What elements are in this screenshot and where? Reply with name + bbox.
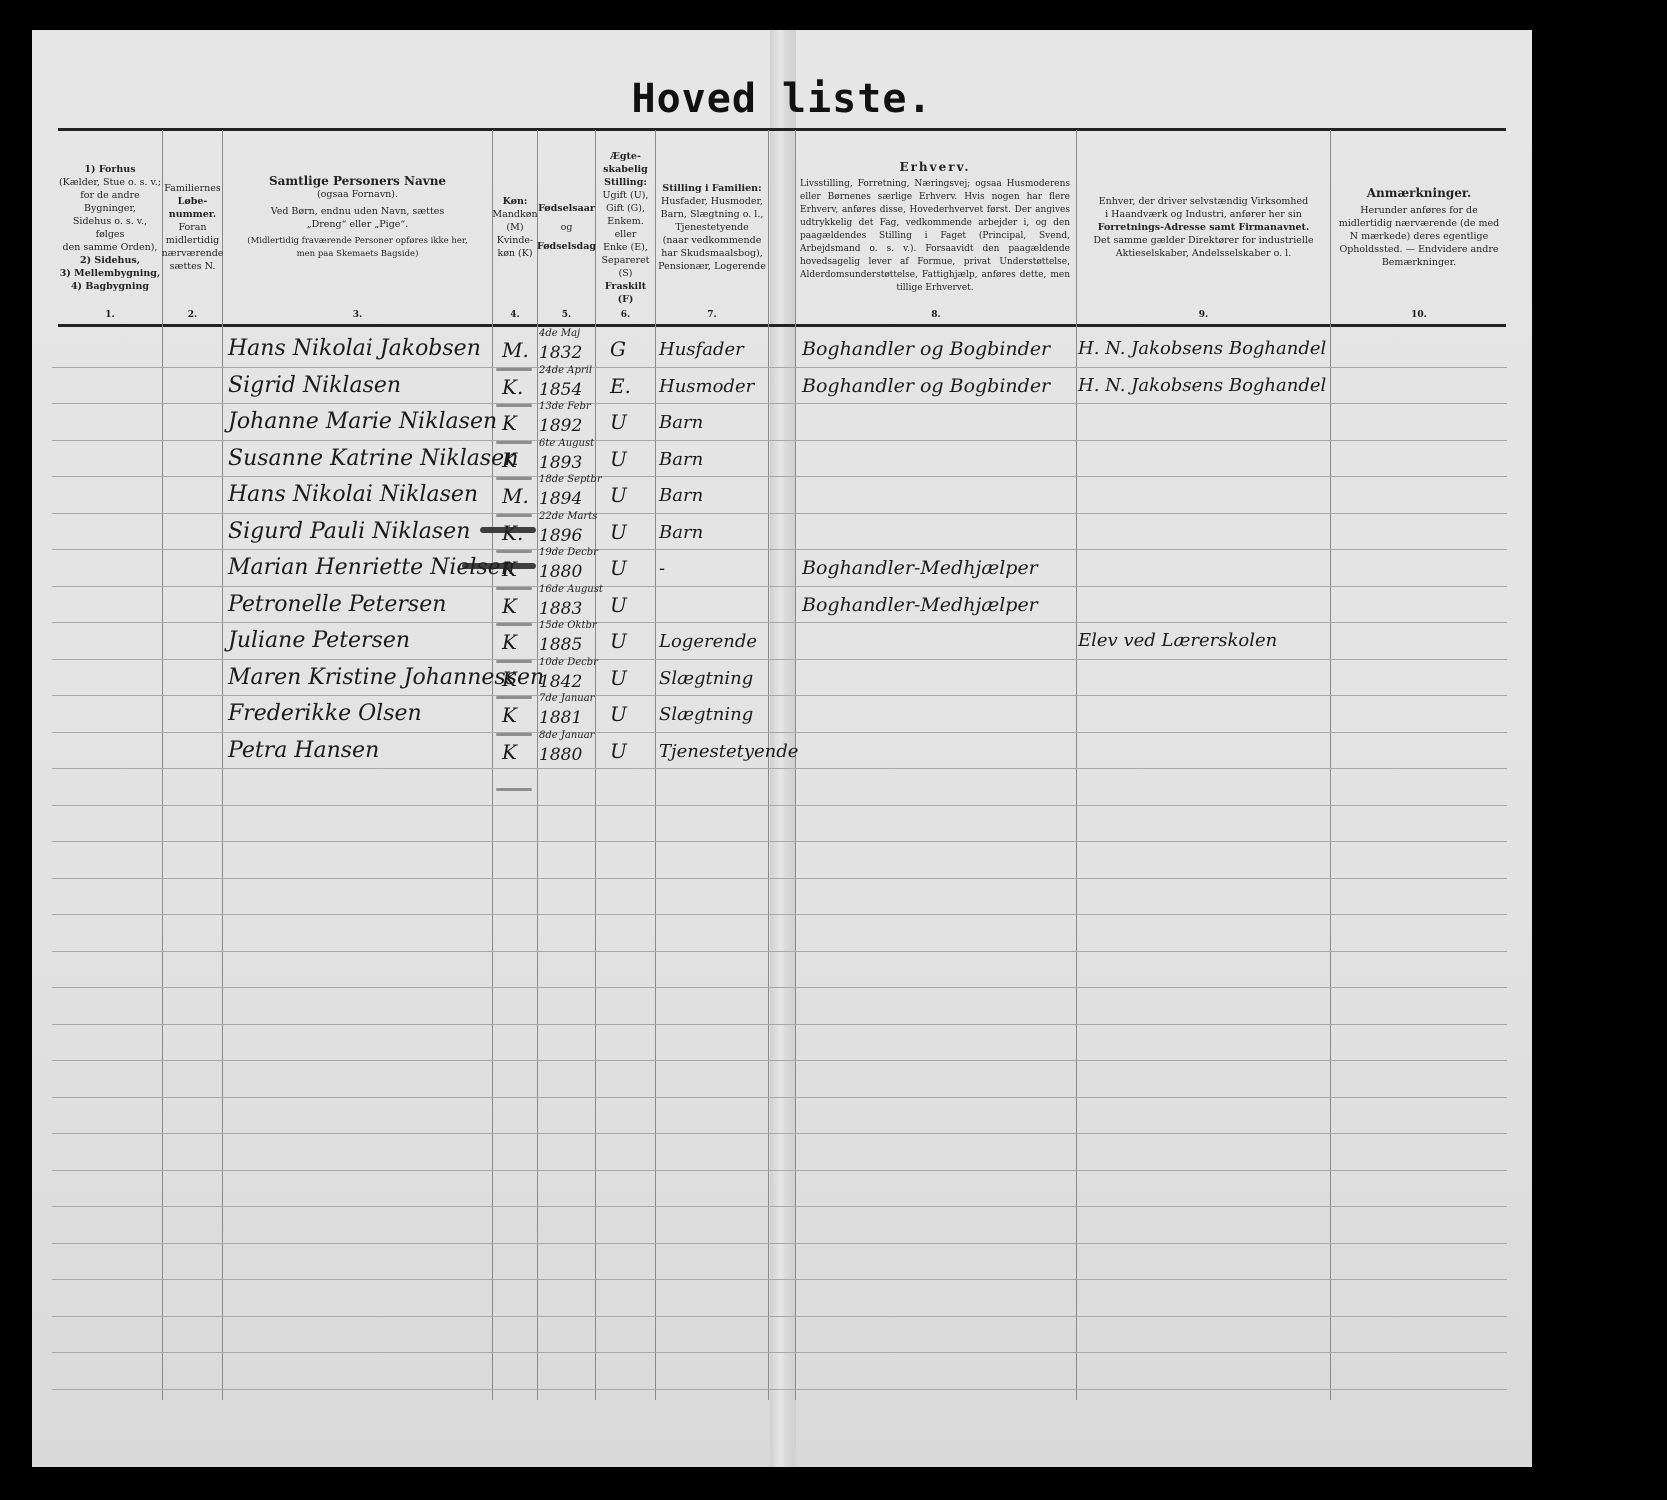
header-col-names: Samtlige Personers Navne (ogsaa Fornavn)… [223,135,492,320]
row-rule [52,659,1507,660]
cell-name: Johanne Marie Niklasen [228,409,497,434]
column-divider [595,130,596,1400]
header-text: den samme Orden), [63,241,158,254]
header-text: Gift (G), [606,202,645,215]
header-text: skabelig [603,163,648,176]
pencil-mark [496,550,532,553]
cell-year: 1854 [539,380,582,400]
column-number: 8. [796,310,1076,320]
header-text: Ved Børn, endnu uden Navn, sættes [271,205,445,218]
header-text: har Skudsmaalsbog), [661,247,763,260]
cell-year: 1832 [539,343,582,363]
cell-sex: K [502,411,517,435]
column-divider [492,130,493,1400]
header-text: 1) Forhus [84,163,135,176]
column-divider [1330,130,1331,1400]
cell-birthday: 24de April [539,365,592,376]
header-bottom-rule [58,324,1506,327]
cell-sex: K. [502,521,523,545]
column-divider [162,130,163,1400]
cell-year: 1842 [539,672,582,692]
cell-firm: H. N. Jakobsens Boghandel [1078,375,1326,396]
cell-sex: M. [502,484,529,508]
header-text: for de andre Bygninger, [58,189,162,215]
row-rule [52,914,1507,915]
cell-civil: U [610,483,627,507]
header-text: (Kælder, Stue o. s. v.; [59,176,161,189]
header-text: Aktieselskaber, Andelsselskaber o. l. [1116,247,1292,260]
header-text: Separeret [601,254,649,267]
cell-name: Petra Hansen [228,738,379,763]
header-text: Løbe- [178,195,208,208]
cell-sex: K [502,557,517,581]
cell-sex: K [502,448,517,472]
column-divider [1076,130,1077,1400]
cell-birthday: 10de Decbr [539,657,598,668]
cell-sex: K [502,740,517,764]
cell-civil: U [610,666,627,690]
row-rule [52,513,1507,514]
cell-year: 1881 [539,708,582,728]
column-number: 3. [223,310,492,320]
header-text: Enke (E), [603,241,648,254]
header-col-sex: Køn: Mandkøn (M) Kvinde- køn (K) [493,135,537,320]
cell-sex: M. [502,338,529,362]
cell-civil: U [610,520,627,544]
header-text: nærværende [162,247,224,260]
cell-role: Slægtning [659,704,753,725]
cell-year: 1896 [539,526,582,546]
cell-year: 1883 [539,599,582,619]
cell-year: 1892 [539,416,582,436]
column-number: 6. [596,310,655,320]
row-rule [52,768,1507,769]
column-number: 5. [538,310,595,320]
row-rule [52,1316,1507,1317]
header-text: nummer. [169,208,216,221]
cell-birthday: 4de Maj [539,328,580,339]
cell-birthday: 7de Januar [539,693,594,704]
cell-role: Husfader [659,339,744,360]
cell-year: 1885 [539,635,582,655]
cell-year: 1894 [539,489,582,509]
cell-birthday: 16de August [539,584,603,595]
row-rule [52,440,1507,441]
cell-role: Barn [659,485,703,506]
row-rule [52,878,1507,879]
header-text: og [561,221,573,234]
row-rule [52,805,1507,806]
column-divider [768,130,769,1400]
header-text: 3) Mellembygning, [60,267,160,280]
cell-civil: U [610,447,627,471]
column-divider [795,130,796,1400]
row-rule [52,1389,1507,1390]
row-rule [52,987,1507,988]
cell-name: Maren Kristine Johannessen [228,665,544,690]
pencil-mark [496,404,532,407]
cell-birthday: 8de Januar [539,730,594,741]
cell-sex: K [502,594,517,618]
cell-name: Petronelle Petersen [228,592,446,617]
row-rule [52,1206,1507,1207]
header-col-family-number: Familiernes Løbe- nummer. Foran midlerti… [163,135,222,320]
row-rule [52,1279,1507,1280]
row-rule [52,586,1507,587]
row-rule [52,951,1507,952]
header-top-rule [58,128,1506,131]
pencil-mark [496,441,532,444]
header-text: 4) Bagbygning [71,280,149,293]
header-text: Fraskilt (F) [596,280,655,306]
header-title: Anmærkninger. [1367,187,1472,200]
ink-strike [462,563,536,569]
header-text: Mandkøn [492,208,537,221]
header-col-building: 1) Forhus (Kælder, Stue o. s. v.; for de… [58,135,162,320]
header-text: Enhver, der driver selvstændig Virksomhe… [1099,195,1309,208]
header-text: Sidehus o. s. v., følges [58,215,162,241]
cell-occupation: Boghandler og Bogbinder [802,338,1050,360]
cell-civil: E. [610,374,631,398]
column-number: 2. [163,310,222,320]
column-number: 7. [656,310,768,320]
cell-civil: U [610,629,627,653]
cell-name: Susanne Katrine Niklasen [228,446,518,471]
cell-birthday: 18de Septbr [539,474,602,485]
row-rule [52,732,1507,733]
pencil-mark [496,660,532,663]
header-text: 2) Sidehus, [80,254,140,267]
pencil-mark [496,514,532,517]
cell-civil: U [610,702,627,726]
cell-name: Sigurd Pauli Niklasen [228,519,470,544]
header-title: Erhverv. [899,161,970,174]
row-rule [52,476,1507,477]
row-rule [52,367,1507,368]
header-text: Pensionær, Logerende [658,260,766,273]
cell-role: Husmoder [659,376,754,397]
cell-sex: K [502,703,517,727]
header-text: Køn: [503,195,528,208]
row-rule [52,1097,1507,1098]
row-rule [52,622,1507,623]
row-rule [52,1243,1507,1244]
header-text: Livsstilling, Forretning, Næringsvej; og… [800,178,1070,295]
column-number: 10. [1331,310,1507,320]
header-text: Familiernes [164,182,221,195]
cell-occupation: Boghandler-Medhjælper [802,594,1038,616]
header-text: Husfader, Husmoder, [661,195,763,208]
column-number: 1. [58,310,162,320]
header-text: Det samme gælder Direktører for industri… [1093,234,1313,247]
header-text: Fødselsdag [537,240,596,253]
ink-strike [480,527,536,533]
pencil-mark [496,477,532,480]
row-rule [52,1352,1507,1353]
cell-birthday: 15de Oktbr [539,620,597,631]
pencil-mark [496,733,532,736]
cell-occupation: Boghandler og Bogbinder [802,375,1050,397]
census-sheet: Hoved liste. 1) Forhus (Kælder, Stue o. … [32,30,1532,1467]
pencil-mark [496,696,532,699]
header-col-marital: Ægte- skabelig Stilling: Ugift (U), Gift… [596,135,655,320]
cell-role: Barn [659,522,703,543]
pencil-mark [496,623,532,626]
cell-civil: G [610,337,626,361]
header-text: N mærkede) deres egentlige [1350,230,1488,243]
cell-role: - [659,558,665,579]
cell-name: Hans Nikolai Niklasen [228,482,478,507]
row-rule [52,1024,1507,1025]
row-rule [52,403,1507,404]
header-text: midlertidig nærværende (de med [1339,217,1499,230]
cell-birthday: 22de Marts [539,511,597,522]
cell-birthday: 19de Decbr [539,547,598,558]
pencil-mark [496,788,532,791]
pencil-mark [496,587,532,590]
header-text: køn (K) [497,247,532,260]
header-text: (M) [506,221,523,234]
cell-name: Frederikke Olsen [228,701,422,726]
header-text: Foran [178,221,206,234]
row-rule [52,1170,1507,1171]
cell-sex: K [502,630,517,654]
cell-occupation: Boghandler-Medhjælper [802,557,1038,579]
cell-birthday: 6te August [539,438,594,449]
cell-firm: H. N. Jakobsens Boghandel [1078,338,1326,359]
column-number: 9. [1077,310,1330,320]
header-text: sættes N. [170,260,216,273]
header-text: Fødselsaar [538,202,595,215]
header-text: (S) [619,267,633,280]
cell-role: Logerende [659,631,757,652]
cell-name: Hans Nikolai Jakobsen [228,336,481,361]
header-text: Ægte- [610,150,641,163]
column-number: 4. [493,310,537,320]
row-rule [52,1060,1507,1061]
row-rule [52,1133,1507,1134]
cell-year: 1893 [539,453,582,473]
header-text: i Haandværk og Industri, anfører her sin [1105,208,1302,221]
header-text: Forretnings-Adresse samt Firmanavnet. [1098,221,1310,234]
cell-role: Tjenestetyende [659,741,798,762]
column-divider [655,130,656,1400]
cell-role: Barn [659,412,703,433]
header-col-family-position: Stilling i Familien: Husfader, Husmoder,… [656,135,768,320]
header-text: Stilling: [604,176,647,189]
cell-sex: K. [502,375,523,399]
header-text: men paa Skemaets Bagside) [297,248,419,261]
header-text: Barn, Slægtning o. l., [661,208,764,221]
header-text: Kvinde- [497,234,534,247]
row-rule [52,549,1507,550]
header-text: Bemærkninger. [1382,256,1456,269]
header-text: (naar vedkommende [663,234,762,247]
cell-year: 1880 [539,745,582,765]
row-rule [52,695,1507,696]
column-divider [222,130,223,1400]
row-rule [52,841,1507,842]
cell-role: Barn [659,449,703,470]
cell-civil: U [610,410,627,434]
header-text: Herunder anføres for de [1360,204,1478,217]
header-col-business-address: Enhver, der driver selvstændig Virksomhe… [1077,135,1330,320]
cell-firm: Elev ved Lærerskolen [1078,630,1277,651]
cell-name: Juliane Petersen [228,628,410,653]
header-text: (Midlertidig fraværende Personer opføres… [247,235,468,248]
column-divider [537,130,538,1400]
cell-name: Sigrid Niklasen [228,373,401,398]
cell-birthday: 13de Febr [539,401,591,412]
pencil-mark [496,368,532,371]
header-text: „Dreng“ eller „Pige“. [307,218,409,231]
header-text: (ogsaa Fornavn). [317,188,398,201]
cell-civil: U [610,556,627,580]
header-col-remarks: Anmærkninger. Herunder anføres for de mi… [1331,135,1507,320]
header-text: Enkem. eller [596,215,655,241]
cell-year: 1880 [539,562,582,582]
page-title: Hoved liste. [32,76,1532,122]
header-text: Opholdssted. — Endvidere andre [1339,243,1498,256]
cell-sex: K [502,667,517,691]
header-col-occupation: Erhverv. Livsstilling, Forretning, Nærin… [800,135,1070,320]
header-text: Ugift (U), [603,189,649,202]
cell-role: Slægtning [659,668,753,689]
cell-civil: U [610,593,627,617]
cell-civil: U [610,739,627,763]
header-text: midlertidig [166,234,219,247]
header-text: Stilling i Familien: [662,182,761,195]
header-col-birth: Fødselsaar og Fødselsdag [538,135,595,320]
header-text: Tjenestetyende [675,221,749,234]
header-title: Samtlige Personers Navne [269,175,446,188]
